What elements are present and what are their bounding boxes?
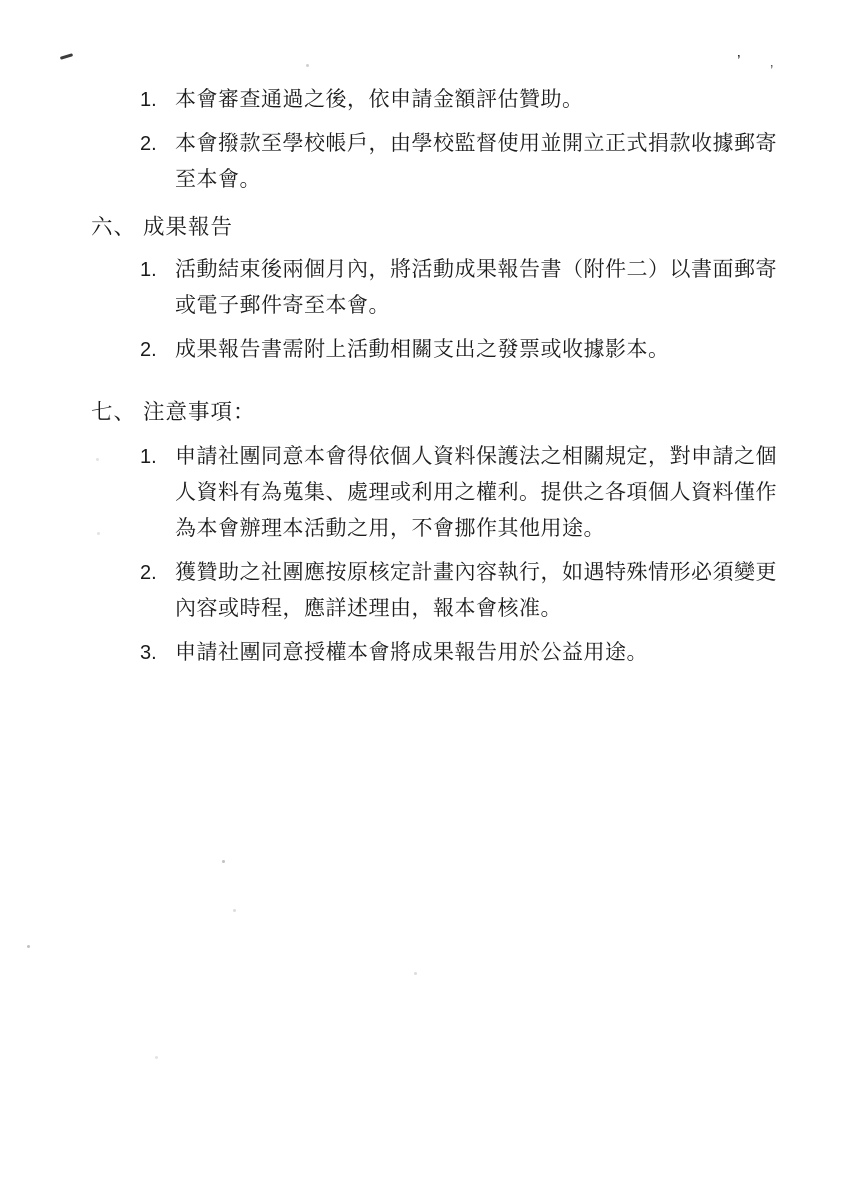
scan-speck (306, 64, 309, 67)
section-header-results-report: 六、 成果報告 (91, 209, 848, 245)
section-title: 注意事項： (143, 394, 256, 430)
scan-speck (155, 1056, 158, 1059)
scan-speck (97, 532, 100, 535)
list-item-number: 2. (140, 332, 175, 368)
text-line: 成果報告書需附上活動相關支出之發票或收據影本。 (175, 332, 670, 368)
text-line: 或電子郵件寄至本會。 (175, 288, 777, 324)
text-line: 本會撥款至學校帳戶，由學校監督使用並開立正式捐款收據郵寄 (175, 126, 777, 162)
section-marker: 六、 (91, 209, 143, 245)
list-item-number: 3. (140, 635, 175, 671)
list-item-number: 2. (140, 126, 175, 198)
document-page: 1. 本會審查通過之後，依申請金額評估贊助。 2. 本會撥款至學校帳戶，由學校監… (0, 0, 848, 671)
section-title: 成果報告 (143, 209, 233, 245)
text-line: 人資料有為蒐集、處理或利用之權利。提供之各項個人資料僅作 (175, 475, 777, 511)
list-item-text: 成果報告書需附上活動相關支出之發票或收據影本。 (175, 332, 670, 368)
list-item-number: 2. (140, 555, 175, 627)
list-item-number: 1. (140, 82, 175, 118)
text-line: 至本會。 (175, 162, 777, 198)
scan-speck (233, 909, 236, 912)
text-line: 本會審查通過之後，依申請金額評估贊助。 (175, 82, 584, 118)
list-item: 3. 申請社團同意授權本會將成果報告用於公益用途。 (140, 635, 848, 671)
list-item: 2. 獲贊助之社團應按原核定計畫內容執行，如遇特殊情形必須變更 內容或時程，應詳… (140, 555, 848, 627)
scan-speck (96, 458, 99, 461)
list-item-text: 本會撥款至學校帳戶，由學校監督使用並開立正式捐款收據郵寄 至本會。 (175, 126, 777, 198)
text-line: 申請社團同意授權本會將成果報告用於公益用途。 (175, 635, 648, 671)
text-line: 內容或時程，應詳述理由，報本會核准。 (175, 591, 777, 627)
list-item: 1. 本會審查通過之後，依申請金額評估贊助。 (140, 82, 848, 118)
text-line: 獲贊助之社團應按原核定計畫內容執行，如遇特殊情形必須變更 (175, 555, 777, 591)
list-item-text: 申請社團同意授權本會將成果報告用於公益用途。 (175, 635, 648, 671)
section-header-notes: 七、 注意事項： (91, 394, 848, 430)
text-line: 活動結束後兩個月內，將活動成果報告書（附件二）以書面郵寄 (175, 252, 777, 288)
scan-speck (27, 945, 30, 948)
list-item-number: 1. (140, 252, 175, 324)
list-item: 1. 申請社團同意本會得依個人資料保護法之相關規定，對申請之個 人資料有為蒐集、… (140, 439, 848, 547)
list-item-text: 本會審查通過之後，依申請金額評估贊助。 (175, 82, 584, 118)
text-line: 為本會辦理本活動之用，不會挪作其他用途。 (175, 511, 777, 547)
list-item-text: 申請社團同意本會得依個人資料保護法之相關規定，對申請之個 人資料有為蒐集、處理或… (175, 439, 777, 547)
scan-speck (414, 972, 417, 975)
list-item-text: 獲贊助之社團應按原核定計畫內容執行，如遇特殊情形必須變更 內容或時程，應詳述理由… (175, 555, 777, 627)
list-item: 2. 成果報告書需附上活動相關支出之發票或收據影本。 (140, 332, 848, 368)
list-item-text: 活動結束後兩個月內，將活動成果報告書（附件二）以書面郵寄 或電子郵件寄至本會。 (175, 252, 777, 324)
list-item: 2. 本會撥款至學校帳戶，由學校監督使用並開立正式捐款收據郵寄 至本會。 (140, 126, 848, 198)
list-item-number: 1. (140, 439, 175, 547)
section-marker: 七、 (91, 394, 143, 430)
text-line: 申請社團同意本會得依個人資料保護法之相關規定，對申請之個 (175, 439, 777, 475)
scan-comma-mark: ’ (737, 53, 741, 71)
scan-comma-mark: ’ (770, 62, 773, 79)
list-item: 1. 活動結束後兩個月內，將活動成果報告書（附件二）以書面郵寄 或電子郵件寄至本… (140, 252, 848, 324)
scan-speck (222, 860, 225, 863)
